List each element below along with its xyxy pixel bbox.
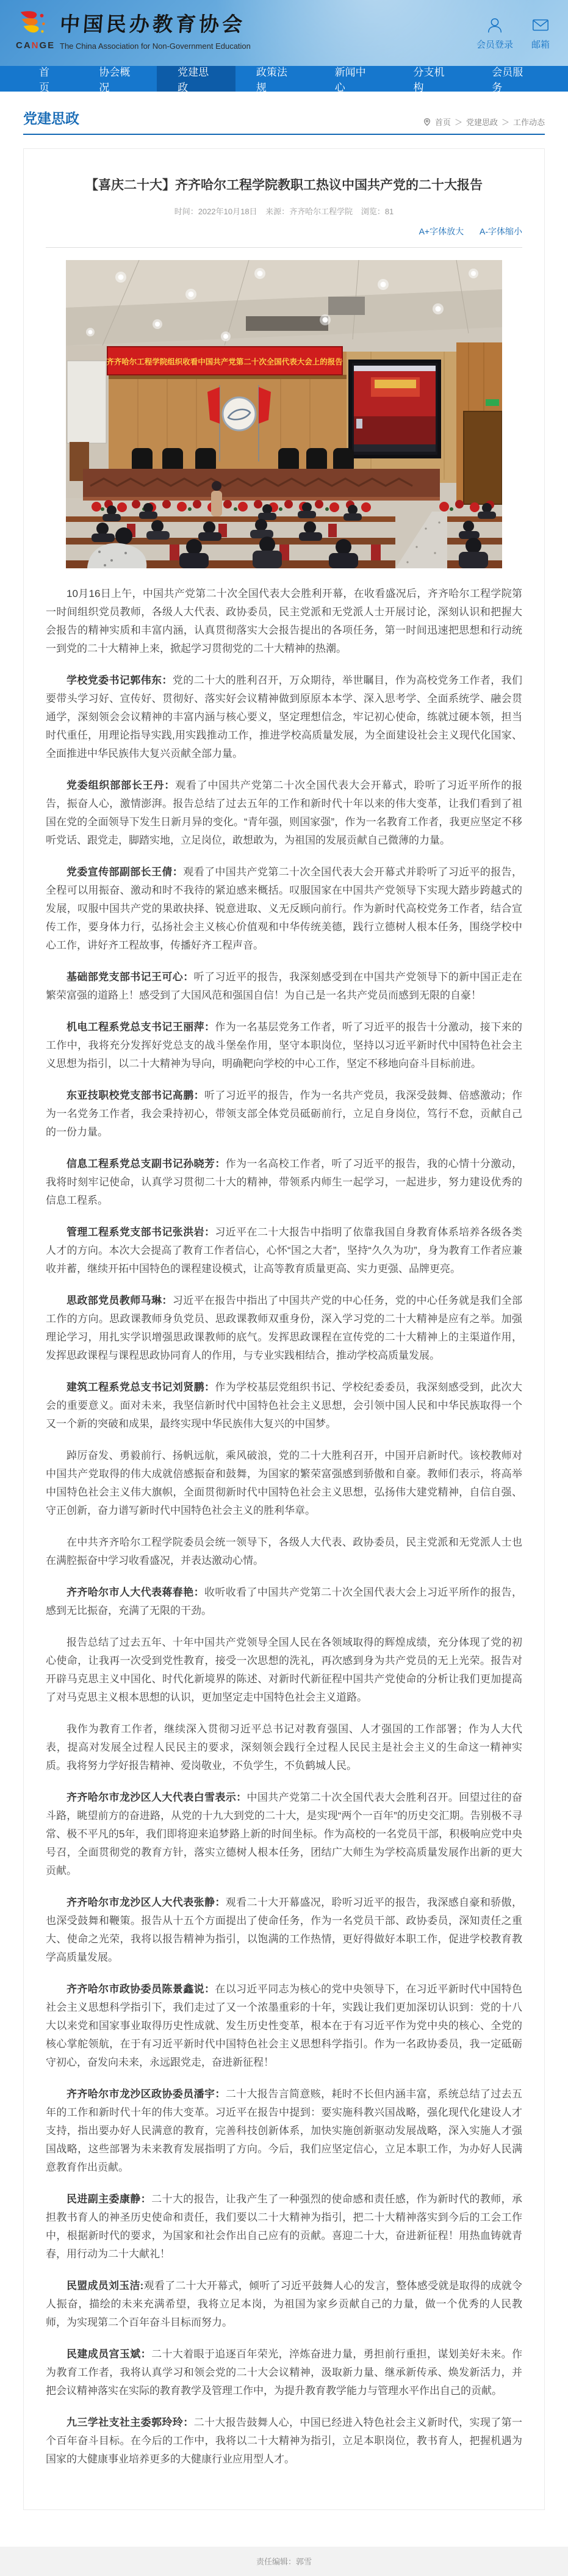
banner-text: 齐齐哈尔工程学院组织收看中国共产党第二十次全国代表大会上的报告	[106, 357, 343, 366]
article-paragraph: 齐齐哈尔市龙沙区人大代表白雪表示：中国共产党第二十次全国代表大会胜利召开。回望过…	[46, 1789, 522, 1880]
article-paragraph: 踔厉奋发、勇毅前行、扬帆远航，乘风破浪，党的二十大胜利召开，中国开启新时代。该校…	[46, 1447, 522, 1520]
paragraph-text: 10月16日上午，中国共产党第二十次全国代表大会胜利开幕，在收看盛况后，齐齐哈尔…	[46, 588, 522, 654]
paragraph-text: 中国共产党第二十次全国代表大会胜利召开。回望过往的奋斗路，眺望前方的奋进路，从党…	[46, 1792, 522, 1876]
article-paragraph: 齐齐哈尔市政协委员陈景鑫说：在以习近平同志为核心的党中央领导下，在习近平新时代中…	[46, 1980, 522, 2072]
speaker-name: 民进副主委康静：	[67, 2193, 151, 2205]
article-source: 来源：齐齐哈尔工程学院	[265, 207, 353, 216]
paragraph-text: 在以习近平同志为核心的党中央领导下，在习近平新时代中国特色社会主义思想科学指引下…	[46, 1983, 522, 2068]
breadcrumb-current[interactable]: 工作动态	[513, 116, 545, 128]
nav-item-branches[interactable]: 分支机构	[392, 66, 471, 92]
article-paragraph: 党委组织部部长王丹：观看了中国共产党第二十次全国代表大会开幕式，聆听了习近平所作…	[46, 776, 522, 850]
content-area: 党建思政 首页 ＞ 党建思政 ＞ 工作动态 【喜庆二十大】齐齐哈尔工程学院教职工…	[23, 92, 545, 2510]
paragraph-text: 我作为教育工作者，继续深入贯彻习近平总书记对教育强国、人才强国的工作部署；作为人…	[46, 1723, 522, 1771]
breadcrumb-home[interactable]: 首页	[435, 116, 451, 128]
member-login-link[interactable]: 会员登录	[476, 16, 513, 51]
mailbox-link[interactable]: 邮箱	[531, 16, 550, 51]
article-paragraph: 民盟成员刘玉洁:观看了二十大开幕式，倾听了习近平鼓舞人心的发言，整体感受就是取得…	[46, 2277, 522, 2332]
article-paragraph: 信息工程系党总支副书记孙晓芳：作为一名高校工作者，听了习近平的报告，我的心情十分…	[46, 1155, 522, 1210]
mailbox-label: 邮箱	[531, 38, 550, 51]
paragraph-text: 在中共齐齐哈尔工程学院委员会统一领导下，各级人大代表、政协委员，民主党派和无党派…	[46, 1536, 522, 1566]
article-paragraph: 在中共齐齐哈尔工程学院委员会统一领导下，各级人大代表、政协委员，民主党派和无党派…	[46, 1533, 522, 1570]
article-paragraph: 思政部党员教师马琳：习近平在报告中指出了中国共产党的中心任务，党的中心任务就是我…	[46, 1292, 522, 1365]
speaker-name: 齐齐哈尔市龙沙区人大代表张静：	[67, 1897, 226, 1908]
projection-screen	[348, 360, 441, 458]
speaker-name: 机电工程系党总支书记王丽萍：	[67, 1021, 215, 1033]
logo-icon	[16, 9, 51, 40]
speaker-name: 齐齐哈尔市龙沙区政协委员潘宇：	[67, 2088, 226, 2100]
article-paragraph: 机电工程系党总支书记王丽萍：作为一名基层党务工作者，听了习近平的报告十分激动，接…	[46, 1018, 522, 1073]
breadcrumb-separator: ＞	[501, 116, 509, 128]
member-login-label: 会员登录	[476, 38, 513, 51]
article-paragraph: 民进副主委康静：二十大的报告，让我产生了一种强烈的使命感和责任感，作为新时代的教…	[46, 2190, 522, 2263]
article-paragraph: 基础部党支部书记王可心：听了习近平的报告，我深刻感受到在中国共产党领导下的新中国…	[46, 968, 522, 1005]
speaker-name: 思政部党员教师马琳：	[67, 1295, 173, 1306]
article-paragraph: 九三学社支社主委郭玲玲：二十大报告鼓舞人心，中国已经进入特色社会主义新时代，实现…	[46, 2414, 522, 2469]
speaker-name: 东亚技职校党支部书记高鹏：	[67, 1090, 204, 1101]
site-logo[interactable]: 中国民办教育协会 CANGE The China Association for…	[16, 9, 251, 51]
speaker-name: 信息工程系党总支副书记孙晓芳：	[67, 1158, 226, 1170]
paragraph-text: 二十大报告言简意赅，耗时不长但内涵丰富，系统总结了过去五年的工作和新时代十年的伟…	[46, 2088, 522, 2173]
logo-abbreviation: CANGE	[16, 40, 54, 51]
article-paragraph: 建筑工程系党总支书记刘贤鹏：作为学校基层党组织书记、学校纪委委员，我深刻感受到，…	[46, 1378, 522, 1433]
font-shrink-button[interactable]: A-字体缩小	[480, 226, 522, 236]
article-paragraph: 东亚技职校党支部书记高鹏：听了习近平的报告，作为一名共产党员，我深受鼓舞、倍感激…	[46, 1087, 522, 1141]
article-title: 【喜庆二十大】齐齐哈尔工程学院教职工热议中国共产党的二十大报告	[46, 176, 522, 195]
editor-credit: 责任编辑：郭雪	[256, 2555, 312, 2567]
meeting-hall-photo: 齐齐哈尔工程学院组织收看中国共产党第二十次全国代表大会上的报告	[66, 260, 502, 568]
article-meta: 时间：2022年10月18日 来源：齐齐哈尔工程学院 浏览：81	[46, 205, 522, 217]
speaker-name: 九三学社支社主委郭玲玲：	[67, 2417, 194, 2428]
meta-divider	[46, 247, 522, 248]
header-quick-links: 会员登录 邮箱 关注	[476, 16, 568, 51]
paragraph-text: 报告总结了过去五年、十年中国共产党领导全国人民在各领域取得的辉煌成绩，充分体现了…	[46, 1637, 522, 1703]
article-paragraph: 学校党委书记郭伟东：党的二十大的胜利召开，万众期待，举世瞩目，作为高校党务工作者…	[46, 671, 522, 763]
speaker-name: 齐齐哈尔市龙沙区人大代表白雪表示：	[67, 1792, 246, 1803]
mail-icon	[531, 16, 550, 34]
speaker-name: 齐齐哈尔市人大代表蒋春艳：	[67, 1586, 204, 1598]
paragraph-text: 党的二十大的胜利召开，万众期待，举世瞩目，作为高校党务工作者，我们要带头学习好、…	[46, 675, 522, 759]
section-divider	[23, 134, 545, 135]
article-paragraph: 管理工程系党支部书记张洪岩：习近平在二十大报告中指明了依靠我国自身教育体系培养各…	[46, 1223, 522, 1278]
speaker-name: 建筑工程系党总支书记刘贤鹏：	[67, 1381, 215, 1393]
article-time: 时间：2022年10月18日	[174, 207, 257, 216]
speaker-name: 管理工程系党支部书记张洪岩：	[67, 1226, 215, 1238]
article-paragraph: 齐齐哈尔市龙沙区人大代表张静：观看二十大开幕盛况，聆听习近平的报告，我深感自豪和…	[46, 1894, 522, 1967]
speaker-name: 民建成员宫玉斌：	[67, 2348, 151, 2360]
breadcrumb-section[interactable]: 党建思政	[466, 116, 498, 128]
nav-item-member-services[interactable]: 会员服务	[471, 66, 550, 92]
article-paragraph: 齐齐哈尔市龙沙区政协委员潘宇：二十大报告言简意赅，耗时不长但内涵丰富，系统总结了…	[46, 2085, 522, 2177]
user-icon	[486, 16, 504, 34]
location-pin-icon	[423, 118, 431, 126]
article-photo-figure: 齐齐哈尔工程学院组织收看中国共产党第二十次全国代表大会上的报告	[46, 260, 522, 571]
nav-item-news-center[interactable]: 新闻中心	[314, 66, 393, 92]
nav-item-home[interactable]: 首页	[18, 66, 78, 92]
main-nav: 首页 协会概况 党建思政 政策法规 新闻中心 分支机构 会员服务	[0, 66, 568, 92]
article-paragraph: 我作为教育工作者，继续深入贯彻习近平总书记对教育强国、人才强国的工作部署；作为人…	[46, 1720, 522, 1775]
speaker-name: 基础部党支部书记王可心：	[67, 971, 194, 983]
article-paragraph: 10月16日上午，中国共产党第二十次全国代表大会胜利开幕，在收看盛况后，齐齐哈尔…	[46, 585, 522, 658]
nav-item-party-building[interactable]: 党建思政	[157, 66, 235, 92]
page-title: 党建思政	[23, 107, 79, 128]
nav-item-association-overview[interactable]: 协会概况	[78, 66, 157, 92]
article-paragraph: 党委宣传部副部长王倩：观看了中国共产党第二十次全国代表大会开幕式并聆听了习近平的…	[46, 863, 522, 955]
font-enlarge-button[interactable]: A+字体放大	[419, 226, 464, 236]
speaker-name: 齐齐哈尔市政协委员陈景鑫说：	[67, 1983, 215, 1995]
article: 【喜庆二十大】齐齐哈尔工程学院教职工热议中国共产党的二十大报告 时间：2022年…	[23, 148, 545, 2510]
banner: 齐齐哈尔工程学院组织收看中国共产党第二十次全国代表大会上的报告	[106, 347, 343, 375]
article-paragraph: 民建成员宫玉斌：二十大着眼于追逐百年荣光，淬炼奋进力量，勇担前行重担，谋划美好未…	[46, 2345, 522, 2400]
article-paragraph: 齐齐哈尔市人大代表蒋春艳：收听收看了中国共产党第二十次全国代表大会上习近平所作的…	[46, 1583, 522, 1620]
paragraph-text: 观看了中国共产党第二十次全国代表大会开幕式并聆听了习近平的报告，全程可以用振奋、…	[46, 866, 522, 951]
logo-english-name: The China Association for Non-Government…	[60, 40, 251, 51]
nav-item-policies[interactable]: 政策法规	[235, 66, 314, 92]
logo-chinese-name: 中国民办教育协会	[59, 9, 252, 40]
breadcrumb-separator: ＞	[455, 116, 462, 128]
article-paragraph: 报告总结了过去五年、十年中国共产党领导全国人民在各领域取得的辉煌成绩，充分体现了…	[46, 1634, 522, 1707]
paragraph-text: 踔厉奋发、勇毅前行、扬帆远航，乘风破浪，党的二十大胜利召开，中国开启新时代。该校…	[46, 1450, 522, 1516]
speaker-name: 民盟成员刘玉洁:	[67, 2280, 143, 2292]
speaker-name: 党委宣传部副部长王倩：	[67, 866, 183, 878]
article-views: 浏览：81	[361, 207, 394, 216]
page-footer: 责任编辑：郭雪	[0, 2547, 568, 2576]
speaker-name: 学校党委书记郭伟东：	[67, 675, 173, 686]
speaker-name: 党委组织部部长王丹：	[67, 780, 175, 791]
font-size-controls: A+字体放大 A-字体缩小	[46, 225, 522, 237]
site-header: 中国民办教育协会 CANGE The China Association for…	[0, 0, 568, 66]
breadcrumb: 首页 ＞ 党建思政 ＞ 工作动态	[423, 116, 545, 128]
